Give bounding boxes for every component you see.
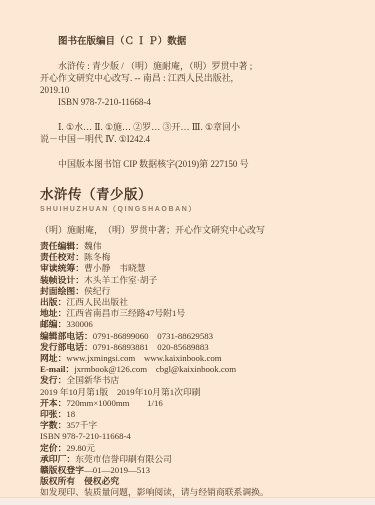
colophon-value: 木头羊工作室·胡子: [84, 275, 157, 285]
colophon-row-design: 装帧设计：木头羊工作室·胡子: [40, 275, 345, 286]
colophon-value: 曹小静 韦晓慧: [84, 263, 146, 273]
book-copyright-page: 图书在版编目（Ｃ Ｉ Ｐ）数据 水浒传 : 青少版 / （明）施耐庵，（明）罗贯…: [0, 0, 375, 505]
cip-heading: 图书在版编目（Ｃ Ｉ Ｐ）数据: [40, 36, 345, 48]
colophon-row-price: 定价：29.80元: [40, 443, 345, 454]
cip-classification-line: 说－中国－明代 Ⅳ. ①I242.4: [40, 133, 345, 145]
colophon-value: 330006: [66, 319, 92, 329]
colophon-label: 字数：: [40, 420, 66, 430]
book-title: 水浒传（青少版）: [40, 187, 345, 203]
colophon-value: 全国新华书店: [66, 375, 119, 385]
colophon-value: www.jxmingsi.com www.kaixinbook.com: [66, 353, 221, 363]
colophon-row-editor: 责任编辑：魏伟: [40, 241, 345, 252]
colophon-value: 陈冬梅: [84, 252, 110, 262]
cip-record-line: 开心作文研究中心改写. -- 南昌 : 江西人民出版社,: [40, 72, 345, 84]
colophon-label: 印张：: [40, 409, 66, 419]
colophon-row-address: 地址：江西省南昌市三经路47号附1号: [40, 308, 345, 319]
colophon-value: 720mm×1000mm 1/16: [66, 398, 162, 408]
colophon-label: 责任编辑：: [40, 241, 84, 251]
authors-line: （明）施耐庵， （明）罗贯中著；开心作文研究中心改写: [40, 224, 345, 236]
colophon-label: 出版：: [40, 297, 66, 307]
colophon-row-copyright-registry: 赣版权登字—01—2019—513: [40, 465, 345, 476]
colophon-row-isbn: ISBN 978-7-210-11668-4: [40, 431, 345, 442]
colophon-block: 责任编辑：魏伟 责任校对：陈冬梅 审读统筹：曹小静 韦晓慧 装帧设计：木头羊工作…: [40, 241, 345, 499]
colophon-label: 编辑部电话：: [40, 331, 93, 341]
colophon-value: 江西人民出版社: [66, 297, 128, 307]
colophon-label: 封面绘图：: [40, 286, 84, 296]
cip-record-line: 2019.10: [40, 84, 345, 96]
colophon-row-distributor: 发行：全国新华书店: [40, 375, 345, 386]
colophon-row-website: 网址：www.jxmingsi.com www.kaixinbook.com: [40, 353, 345, 364]
colophon-row-sheets: 印张：18: [40, 409, 345, 420]
colophon-value: 18: [66, 409, 75, 419]
colophon-label: 开本：: [40, 398, 66, 408]
colophon-label: 审读统筹：: [40, 263, 84, 273]
colophon-value: 江西省南昌市三经路47号附1号: [66, 308, 185, 318]
colophon-value: 魏伟: [84, 241, 102, 251]
colophon-value: —01—2019—513: [84, 465, 150, 475]
colophon-label: E-mail：: [40, 364, 74, 374]
colophon-value: ISBN 978-7-210-11668-4: [40, 431, 131, 441]
cip-record-line: 水浒传 : 青少版 / （明）施耐庵，（明）罗贯中著 ;: [40, 60, 345, 72]
colophon-row-postcode: 邮编：330006: [40, 319, 345, 330]
colophon-label: 装帧设计：: [40, 275, 84, 285]
book-title-pinyin: SHUIHUZHUAN（QINGSHAOBAN）: [40, 205, 345, 214]
cip-classification-block: Ⅰ. ①水… Ⅱ. ①施… ②罗… ③开… Ⅲ. ①章回小 说－中国－明代 Ⅳ.…: [40, 121, 345, 145]
colophon-row-cover-art: 封面绘图：侯纪行: [40, 286, 345, 297]
colophon-label: 地址：: [40, 308, 66, 318]
colophon-value: jxrmbook@126.com cbgl@kaixinbook.com: [74, 364, 236, 374]
colophon-row-proofreader: 责任校对：陈冬梅: [40, 252, 345, 263]
colophon-row-editorial-phone: 编辑部电话：0791-86899060 0731-88629583: [40, 331, 345, 342]
colophon-label: 赣版权登字: [40, 465, 84, 475]
colophon-value: 0791-86899060 0731-88629583: [93, 331, 213, 341]
colophon-row-distribution-phone: 发行部电话：0791-86893881 020-85689883: [40, 342, 345, 353]
colophon-label: 承印厂：: [40, 454, 75, 464]
colophon-row-edition: 2019 年10月第1版 2019年10月第1次印刷: [40, 387, 345, 398]
colophon-label: 发行：: [40, 375, 66, 385]
colophon-value: 东莞市信誉印刷有限公司: [75, 454, 172, 464]
colophon-row-format: 开本：720mm×1000mm 1/16: [40, 398, 345, 409]
colophon-label: 网址：: [40, 353, 66, 363]
colophon-row-review: 审读统筹：曹小静 韦晓慧: [40, 263, 345, 274]
cip-registry-line: 中国版本图书馆 CIP 数据核字(2019)第 227150 号: [40, 158, 345, 170]
colophon-label: 责任校对：: [40, 252, 84, 262]
colophon-value: 如发现印、装质量问题，影响阅读，请与经销商联系调换。: [40, 487, 269, 497]
copyright-content: 图书在版编目（Ｃ Ｉ Ｐ）数据 水浒传 : 青少版 / （明）施耐庵，（明）罗贯…: [0, 0, 375, 499]
colophon-value: 29.80元: [66, 443, 95, 453]
colophon-row-printer: 承印厂：东莞市信誉印刷有限公司: [40, 454, 345, 465]
colophon-row-publisher: 出版：江西人民出版社: [40, 297, 345, 308]
colophon-label: 邮编：: [40, 319, 66, 329]
colophon-value: 0791-86893881 020-85689883: [93, 342, 209, 352]
colophon-value: 侯纪行: [84, 286, 110, 296]
cip-classification-line: Ⅰ. ①水… Ⅱ. ①施… ②罗… ③开… Ⅲ. ①章回小: [40, 121, 345, 133]
colophon-label: 版权所有 侵权必究: [40, 476, 119, 486]
colophon-row-email: E-mail：jxrmbook@126.com cbgl@kaixinbook.…: [40, 364, 345, 375]
colophon-value: 2019 年10月第1版 2019年10月第1次印刷: [40, 387, 201, 397]
colophon-value: 357千字: [66, 420, 97, 430]
isbn-line: ISBN 978-7-210-11668-4: [40, 96, 345, 108]
colophon-label: 发行部电话：: [40, 342, 93, 352]
page-bottom-edge: [0, 497, 375, 505]
cip-record-block: 水浒传 : 青少版 / （明）施耐庵，（明）罗贯中著 ; 开心作文研究中心改写.…: [40, 60, 345, 108]
colophon-row-wordcount: 字数：357千字: [40, 420, 345, 431]
colophon-label: 定价：: [40, 443, 66, 453]
colophon-row-rights-notice: 版权所有 侵权必究: [40, 476, 345, 487]
